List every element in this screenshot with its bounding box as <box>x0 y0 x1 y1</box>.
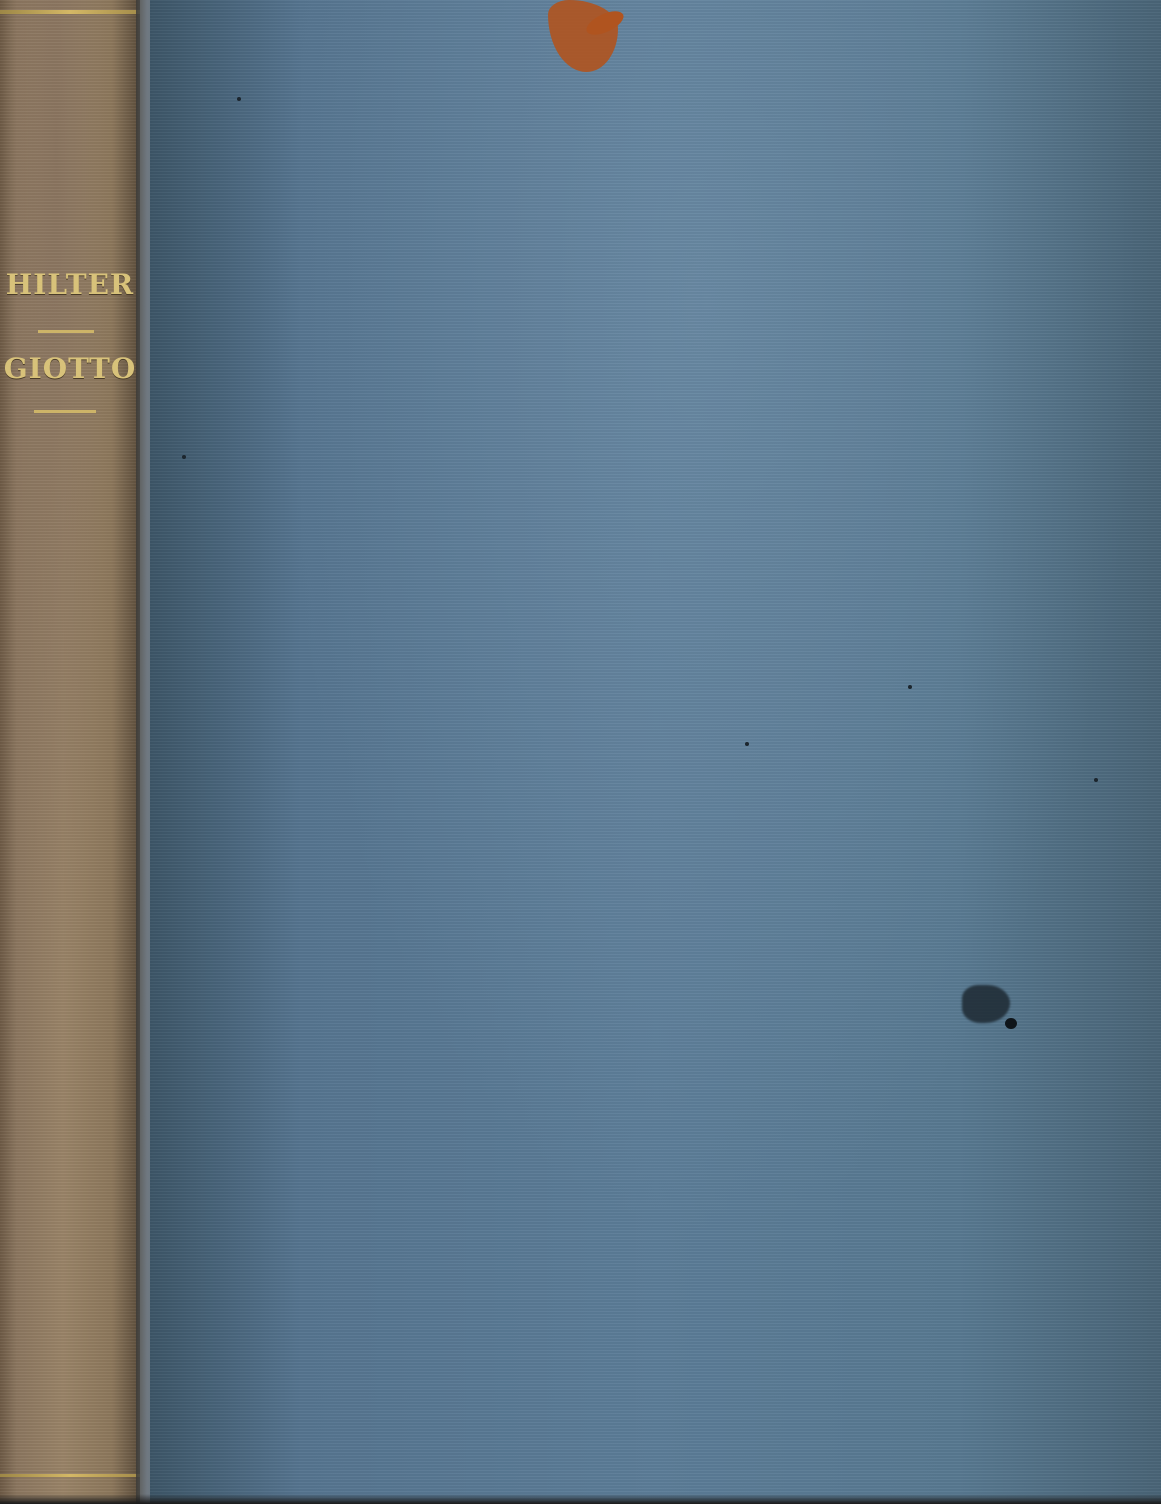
spine-gilt-rule <box>34 410 96 413</box>
spine-author-text: HILTER <box>0 268 146 301</box>
speck <box>182 455 186 459</box>
spine-gilt-rule <box>38 330 94 333</box>
spine-bottom-gilt-band <box>0 1474 140 1477</box>
speck <box>1094 778 1098 782</box>
book-photo: HILTER GIOTTO <box>0 0 1161 1504</box>
bottom-edge-shadow <box>0 1494 1161 1504</box>
book-spine: HILTER GIOTTO <box>0 0 140 1504</box>
speck <box>745 742 749 746</box>
speck <box>237 97 241 101</box>
spine-title-text: GIOTTO <box>0 352 146 385</box>
speck <box>908 685 912 689</box>
spine-top-gilt-band <box>0 10 140 14</box>
ink-blot <box>1005 1018 1017 1029</box>
front-cover <box>150 0 1161 1504</box>
